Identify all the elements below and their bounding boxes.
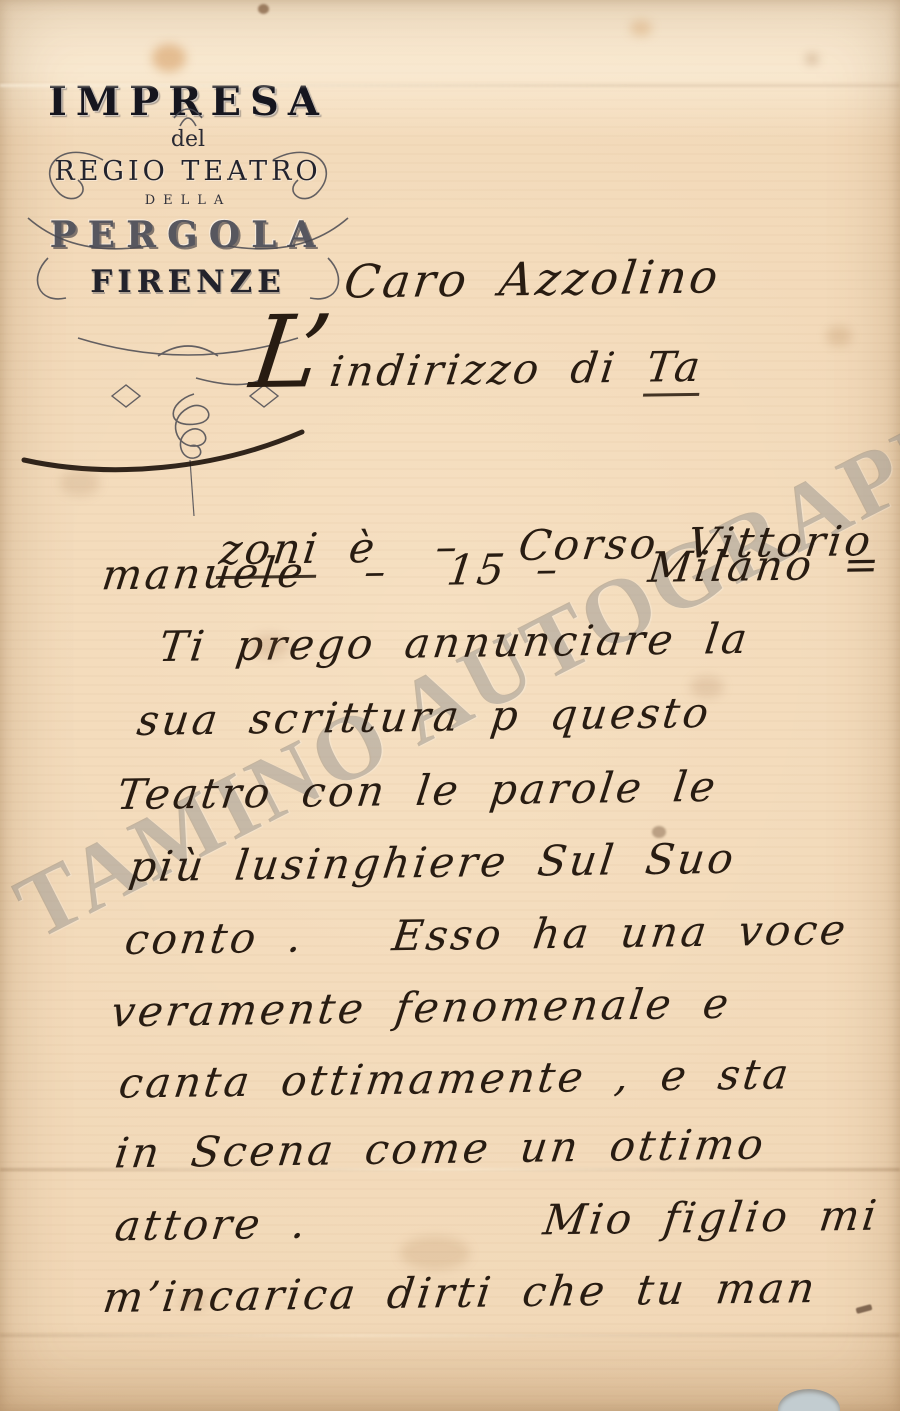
foxing-stain (826, 326, 852, 346)
letter-line: sua scrittura p questo (134, 688, 714, 745)
letterhead-theatre-name: REGIO TEATRO (8, 156, 368, 187)
letter-line: più lusinghiere Sul Suo (126, 834, 739, 891)
letter-line: conto . Esso ha una voce (122, 905, 851, 964)
ink-speck (855, 1304, 872, 1314)
line-text: indirizzo di (327, 343, 650, 396)
letter-line: veramente fenomenale e (108, 979, 734, 1037)
letter-line: in Scena come un ottimo (112, 1119, 769, 1177)
underlined-word: Ta (643, 342, 706, 397)
paper-chip-tear (778, 1389, 840, 1411)
letterhead-title: IMPRESA (8, 78, 368, 125)
paper-crease (0, 1334, 900, 1337)
letter-line: canta ottimamente , e sta (116, 1049, 794, 1107)
foxing-stain (806, 54, 818, 64)
foxing-stain (630, 20, 652, 36)
foxing-stain (152, 44, 186, 72)
letterhead: IMPRESA del REGIO TEATRO DELLA PERGOLA F… (8, 78, 368, 300)
letter-line: Ti prego annunciare la (156, 614, 752, 671)
letter-line: L’indirizzo di Ta (246, 342, 706, 402)
letterhead-della: DELLA (8, 193, 368, 208)
letter-page: TAMINO AUTOGRAPHS IMPRESA del REGIO TEAT… (0, 0, 900, 1411)
foxing-stain (258, 4, 269, 14)
letter-line: Teatro con le parole le (114, 762, 721, 819)
letterhead-del: del (8, 127, 368, 152)
letterhead-pergola: PERGOLA (8, 214, 368, 256)
salutation-line: Caro Azzolino (341, 249, 724, 308)
letter-line: m’incarica dirti che tu man (100, 1263, 820, 1322)
decorated-capital: L’ (252, 352, 332, 353)
letter-line: attore . Mio figlio mi (112, 1191, 882, 1251)
foxing-stain (60, 470, 100, 496)
